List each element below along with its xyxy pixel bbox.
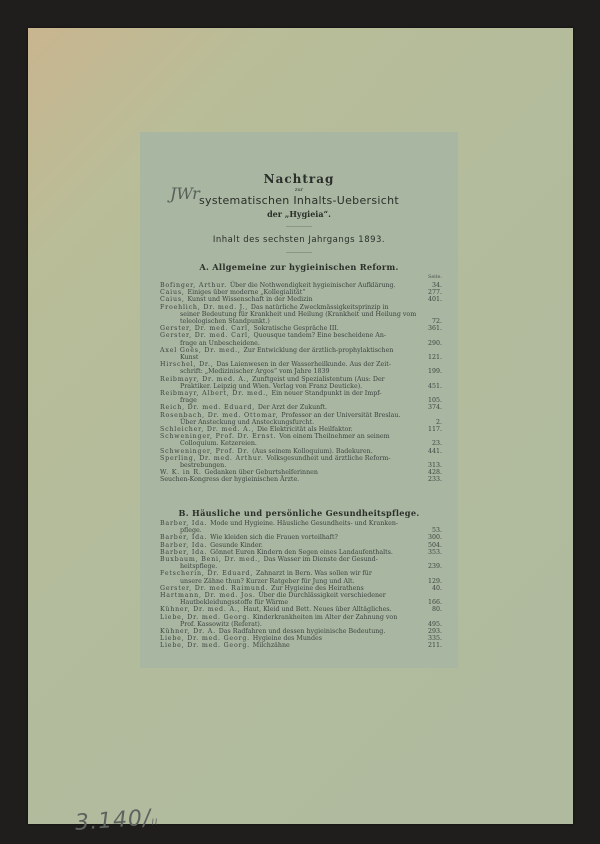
handwritten-catalog-number: 3.140/II: [74, 805, 159, 836]
entry-author: Schleicher, Dr. med. A.,: [160, 426, 257, 433]
entry-title-continued: schrift: „Medizinischer Argos“ vom Jahre…: [160, 368, 424, 375]
divider: [286, 226, 312, 227]
toc-entry: Rosenbach, Dr. med. Ottomar, Professor a…: [160, 412, 442, 426]
entry-author: Hartmann, Dr. med. Jos.: [160, 592, 258, 599]
toc-entry: Barber, Ida. Mode und Hygieine. Häuslich…: [160, 520, 442, 534]
entry-page-number: 300.: [428, 534, 442, 541]
entry-title: Über die Durchlässigkeit verschiedener: [258, 592, 385, 599]
entry-author: Reich, Dr. med. Eduard,: [160, 404, 258, 411]
document-zur: zur: [140, 187, 458, 193]
entry-title: Professor an der Universität Breslau.: [281, 412, 400, 419]
toc-entry: Buxbaum, Beni, Dr. med., Das Wasser im D…: [160, 556, 442, 570]
toc-entry: Bofinger, Arthur. Über die Nothwendigkei…: [160, 282, 442, 289]
entry-title: Kunst und Wissenschaft in der Medizin: [187, 296, 312, 303]
toc-entry: Barber, Ida. Gesunde Kinder. 504.: [160, 542, 442, 549]
entry-author: Barber, Ida.: [160, 520, 210, 527]
entry-author: Fetscherin, Dr. Eduard,: [160, 570, 256, 577]
entry-page-number: 80.: [432, 606, 442, 613]
toc-entry: Sperling, Dr. med. Arthur. Volksgesundhe…: [160, 455, 442, 469]
entry-title: Zahnarzt in Bern. Was sollen wir für: [256, 570, 372, 577]
entry-title: Zur Hygieine des Heirathens: [271, 585, 364, 592]
entry-page-number: 335.: [428, 635, 442, 642]
entry-author: Liebe, Dr. med. Georg.: [160, 642, 253, 649]
entry-author: Liebe, Dr. med. Georg.: [160, 614, 253, 621]
entry-author: Axel Goës, Dr. med.,: [160, 347, 244, 354]
section-b-entries: Barber, Ida. Mode und Hygieine. Häuslich…: [160, 520, 442, 650]
entry-title: Seuchen-Kongress der hygieinischen Ärzte…: [160, 476, 299, 483]
entry-title: Über die Nothwendigkeit hygieinischer Au…: [230, 282, 396, 289]
entry-title: Milchzähne: [253, 642, 290, 649]
entry-author: Bofinger, Arthur.: [160, 282, 230, 289]
toc-entry: Reich, Dr. med. Eduard, Der Arzt der Zuk…: [160, 404, 442, 411]
volume-line: Inhalt des sechsten Jahrgangs 1893.: [140, 235, 458, 245]
entry-page-number: 374.: [428, 404, 442, 411]
entry-page-number: 504.: [428, 542, 442, 549]
archival-page: JWr Nachtrag zur systematischen Inhalts-…: [28, 28, 573, 824]
entry-author: Kühner, Dr. med. A.,: [160, 606, 243, 613]
entry-author: Barber, Ida.: [160, 534, 210, 541]
entry-author: Buxbaum, Beni, Dr. med.,: [160, 556, 264, 563]
entry-page-number: 495.: [428, 621, 442, 628]
section-a-entries: Bofinger, Arthur. Über die Nothwendigkei…: [160, 282, 442, 484]
toc-entry: Liebe, Dr. med. Georg. Hygieine des Mund…: [160, 635, 442, 642]
entry-title: Gedanken über Geburtshelferinnen: [205, 469, 318, 476]
entry-title: Sokratische Gespräche III.: [253, 325, 338, 332]
entry-title: Wie kleiden sich die Frauen vorteilhaft?: [210, 534, 338, 541]
entry-page-number: 428.: [428, 469, 442, 476]
entry-author: Caius,: [160, 289, 187, 296]
entry-title: Der Arzt der Zukunft.: [258, 404, 327, 411]
entry-page-number: 2.: [436, 419, 442, 426]
toc-entry: Gerster, Dr. med. Raimund. Zur Hygieine …: [160, 585, 442, 592]
entry-title: Volksgesundheit und ärztliche Reform-: [266, 455, 390, 462]
entry-title: Ein neuer Standpunkt in der Impf-: [271, 390, 381, 397]
entry-title: Die Elektricität als Heilfaktor.: [257, 426, 353, 433]
toc-entry: Froehlich, Dr. med. J., Das natürliche Z…: [160, 304, 442, 326]
document-subtitle: systematischen Inhalts-Uebersicht: [140, 194, 458, 207]
entry-page-number: 293.: [428, 628, 442, 635]
entry-title: Das natürliche Zweckmässigkeitsprinzip i…: [251, 304, 389, 311]
entry-title-continued: heitspflege.: [160, 563, 424, 570]
entry-page-number: 451.: [428, 383, 442, 390]
entry-page-number: 401.: [428, 296, 442, 303]
entry-page-number: 353.: [428, 549, 442, 556]
toc-entry: Seuchen-Kongress der hygieinischen Ärzte…: [160, 476, 442, 483]
entry-title-continued: bestrebungen.: [160, 462, 424, 469]
entry-page-number: 211.: [428, 642, 442, 649]
entry-title: Einiges über moderne „Kollegialität“: [187, 289, 305, 296]
entry-author: Reibmayr, Dr. med. A.,: [160, 376, 252, 383]
entry-title-continued: unsere Zähne thun? Kurzer Ratgeber für J…: [160, 578, 424, 585]
entry-author: Hirschel, Dr.,: [160, 361, 216, 368]
entry-page-number: 166.: [428, 599, 442, 606]
journal-name: der „Hygieia“.: [140, 209, 458, 219]
entry-author: Rosenbach, Dr. med. Ottomar,: [160, 412, 281, 419]
entry-title: Zunftgeist und Spezialistentum (Aus: Der: [252, 376, 385, 383]
document-title: Nachtrag: [140, 172, 458, 186]
toc-entry: W. K. in R. Gedanken über Geburtshelferi…: [160, 469, 442, 476]
toc-entry: Fetscherin, Dr. Eduard, Zahnarzt in Bern…: [160, 570, 442, 584]
entry-title: Haut, Kleid und Bett. Neues über Alltägl…: [243, 606, 391, 613]
toc-entry: Barber, Ida. Wie kleiden sich die Frauen…: [160, 534, 442, 541]
entry-title-continued: Praktiker. Leipzig und Wien. Verlag von …: [160, 383, 424, 390]
entry-title: Kinderkrankheiten im Alter der Zahnung v…: [253, 614, 397, 621]
entry-title-continued: Kunst: [160, 354, 424, 361]
entry-page-number: 313.: [428, 462, 442, 469]
toc-entry: Schleicher, Dr. med. A., Die Elektricitä…: [160, 426, 442, 433]
entry-author: Froehlich, Dr. med. J.,: [160, 304, 251, 311]
entry-page-number: 277.: [428, 289, 442, 296]
entry-title: Quousque tandem? Eine bescheidene An-: [253, 332, 386, 339]
toc-entry: Kühner, Dr. med. A., Haut, Kleid und Bet…: [160, 606, 442, 613]
toc-entry: Liebe, Dr. med. Georg. Kinderkrankheiten…: [160, 614, 442, 628]
entry-title-continued: Colloquium. Ketzereien.: [160, 440, 424, 447]
toc-entry: Schweninger, Prof. Dr. Ernst. Von einem …: [160, 433, 442, 447]
entry-page-number: 34.: [432, 282, 442, 289]
entry-author: Liebe, Dr. med. Georg.: [160, 635, 253, 642]
entry-page-number: 53.: [432, 527, 442, 534]
toc-entry: Caius, Kunst und Wissenschaft in der Med…: [160, 296, 442, 303]
entry-title: Gönnet Euren Kindern den Segen eines Lan…: [210, 549, 393, 556]
toc-entry: Reibmayr, Albert, Dr. med., Ein neuer St…: [160, 390, 442, 404]
toc-entry: Hartmann, Dr. med. Jos. Über die Durchlä…: [160, 592, 442, 606]
toc-entry: Liebe, Dr. med. Georg. Milchzähne 211.: [160, 642, 442, 649]
entry-page-number: 233.: [428, 476, 442, 483]
entry-page-number: 117.: [428, 426, 442, 433]
entry-author: Gerster, Dr. med. Carl,: [160, 332, 253, 339]
entry-title: Gesunde Kinder.: [210, 542, 263, 549]
section-b-heading: B. Häusliche und persönliche Gesundheits…: [140, 508, 458, 518]
entry-title-continued: Über Ansteckung und Ansteckungsfurcht.: [160, 419, 424, 426]
entry-title: Das Wasser im Dienste der Gesund-: [264, 556, 378, 563]
entry-title: Von einem Theilnehmer an seinem: [279, 433, 389, 440]
divider: [286, 252, 312, 253]
entry-title-continued: frage: [160, 397, 424, 404]
entry-page-number: 40.: [432, 585, 442, 592]
entry-title-continued: pflege.: [160, 527, 424, 534]
entry-page-number: 199.: [428, 368, 442, 375]
entry-author: Gerster, Dr. med. Raimund.: [160, 585, 271, 592]
entry-author: Barber, Ida.: [160, 542, 210, 549]
entry-page-number: 121.: [428, 354, 442, 361]
entry-page-number: 441.: [428, 448, 442, 455]
entry-author: Sperling, Dr. med. Arthur.: [160, 455, 266, 462]
entry-author: Caius,: [160, 296, 187, 303]
entry-author: W. K. in R.: [160, 469, 205, 476]
page-column-label: Seite.: [428, 275, 442, 280]
entry-page-number: 23.: [432, 440, 442, 447]
section-a-heading: A. Allgemeine zur hygieinischen Reform.: [140, 262, 458, 272]
toc-entry: Kühner, Dr. A. Das Radfahren und dessen …: [160, 628, 442, 635]
entry-author: Schweninger, Prof. Dr.: [160, 448, 252, 455]
entry-author: Gerster, Dr. med. Carl,: [160, 325, 253, 332]
toc-entry: Gerster, Dr. med. Carl, Quousque tandem?…: [160, 332, 442, 346]
entry-title-continued: seiner Bedeutung für Krankheit und Heilu…: [160, 311, 424, 325]
entry-author: Schweninger, Prof. Dr. Ernst.: [160, 433, 279, 440]
toc-entry: Gerster, Dr. med. Carl, Sokratische Gesp…: [160, 325, 442, 332]
entry-title: Mode und Hygieine. Häusliche Gesundheits…: [210, 520, 398, 527]
entry-title: Hygieine des Mundes: [253, 635, 322, 642]
toc-entry: Reibmayr, Dr. med. A., Zunftgeist und Sp…: [160, 376, 442, 390]
printed-slip: JWr Nachtrag zur systematischen Inhalts-…: [140, 132, 458, 668]
entry-title-continued: Hautbekleidungsstoffe für Wärme: [160, 599, 424, 606]
entry-title: (Aus seinem Kolloquium). Badekuren.: [252, 448, 373, 455]
entry-title-continued: Prof. Kassowitz (Referat).: [160, 621, 424, 628]
entry-page-number: 105.: [428, 397, 442, 404]
entry-page-number: 239.: [428, 563, 442, 570]
toc-entry: Hirschel, Dr., Das Laienwesen in der Was…: [160, 361, 442, 375]
entry-title: Zur Entwicklung der ärztlich-prophylakti…: [244, 347, 394, 354]
toc-entry: Barber, Ida. Gönnet Euren Kindern den Se…: [160, 549, 442, 556]
entry-author: Barber, Ida.: [160, 549, 210, 556]
entry-page-number: 361.: [428, 325, 442, 332]
entry-author: Kühner, Dr. A.: [160, 628, 219, 635]
toc-entry: Axel Goës, Dr. med., Zur Entwicklung der…: [160, 347, 442, 361]
entry-author: Reibmayr, Albert, Dr. med.,: [160, 390, 271, 397]
entry-page-number: 129.: [428, 578, 442, 585]
toc-entry: Caius, Einiges über moderne „Kollegialit…: [160, 289, 442, 296]
entry-page-number: 72.: [432, 318, 442, 325]
toc-entry: Schweninger, Prof. Dr. (Aus seinem Kollo…: [160, 448, 442, 455]
entry-title: Das Radfahren und dessen hygieinische Be…: [219, 628, 386, 635]
entry-page-number: 290.: [428, 340, 442, 347]
entry-title: Das Laienwesen in der Wasserheilkunde. A…: [216, 361, 391, 368]
entry-title-continued: frage an Unbescheidene.: [160, 340, 424, 347]
